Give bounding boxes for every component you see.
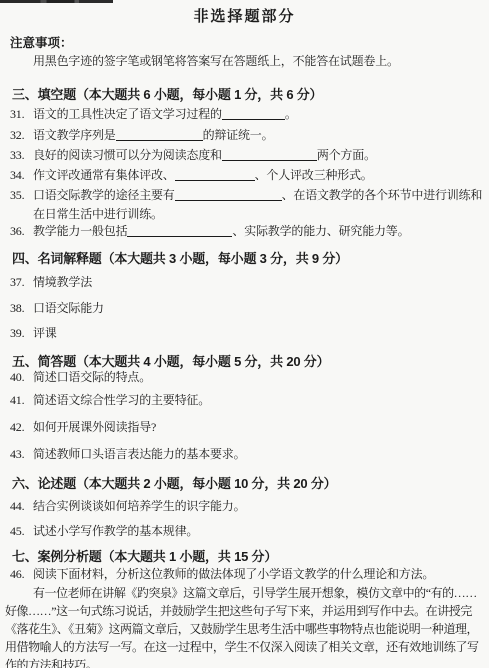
exam-paper-page: 非选择题部分 注意事项： 用黑色字迹的签字笔或钢笔将答案写在答题纸上，不能答在试… [0,0,489,668]
question-item-42: 42.如何开展课外阅读指导? [10,420,156,434]
question-item-40: 40.简述口语交际的特点。 [10,370,151,384]
question-text: 语文的工具性决定了语文学习过程的 [33,107,222,121]
question-text: 阅读下面材料，分析这位教师的做法体现了小学语文教学的什么理论和方法。 [33,567,434,581]
question-text: 作文评改通常有集体评改、 [33,168,175,182]
question-item-46: 46.阅读下面材料，分析这位教师的做法体现了小学语文教学的什么理论和方法。 [10,567,434,581]
question-text: 评课 [33,326,57,340]
question-item-34: 34.作文评改通常有集体评改、、个人评改三种形式。 [10,168,373,182]
question-number: 38. [10,301,33,315]
section-heading-short-answer: 五、简答题（本大题共 4 小题，每小题 5 分，共 20 分） [12,351,329,370]
question-item-43: 43.简述教师口头语言表达能力的基本要求。 [10,447,245,461]
section-heading-case-analysis: 七、案例分析题（本大题共 1 小题，共 15 分） [12,546,277,565]
question-number: 43. [10,447,33,461]
question-text: 、个人评改三种形式。 [255,168,373,182]
question-text: 如何开展课外阅读指导? [33,420,156,434]
case-paragraph-line: 作的方法和技巧。 [5,658,97,668]
question-text: 口语交际能力 [33,301,104,315]
question-text: 、在语文教学的各个环节中进行训练和 [282,188,483,202]
question-number: 42. [10,420,33,434]
fill-blank [127,226,232,237]
question-number: 32. [10,128,33,142]
question-item-44: 44.结合实例谈谈如何培养学生的识字能力。 [10,499,245,513]
question-text: 情境教学法 [33,275,92,289]
question-number: 46. [10,567,33,581]
fill-blank [222,109,285,120]
notice-text: 用黑色字迹的签字笔或钢笔将答案写在答题纸上，不能答在试题卷上。 [33,52,399,69]
question-number: 37. [10,275,33,289]
case-paragraph-line: 好像……”这一句式练习说话，并鼓励学生把这些句子写下来，并运用到写作中去。在讲授… [5,604,472,618]
question-text: 。 [285,107,297,121]
section-heading-fill: 三、填空题（本大题共 6 小题，每小题 1 分，共 6 分） [12,84,322,103]
question-text: 简述口语交际的特点。 [33,370,151,384]
case-paragraph-line: 用借物喻人的方法写一写。在这一过程中，学生不仅深入阅读了相关文章，还有效地训练了… [5,640,479,654]
question-text: 的辩证统一。 [203,128,274,142]
fill-blank [222,150,317,161]
question-text: 两个方面。 [317,148,376,162]
section-heading-terms: 四、名词解释题（本大题共 3 小题，每小题 3 分，共 9 分） [12,248,348,267]
question-item-32: 32.语文教学序列是的辩证统一。 [10,128,273,142]
question-item-41: 41.简述语文综合性学习的主要特征。 [10,393,210,407]
question-text: 口语交际教学的途径主要有 [33,188,175,202]
case-paragraph-line: 《落花生》、《丑菊》这两篇文章后，又鼓励学生思考生活中哪些事物特点也能说明一种道… [5,622,478,636]
question-item-38: 38.口语交际能力 [10,301,104,315]
question-number: 44. [10,499,33,513]
fill-blank [175,170,255,181]
question-text: 结合实例谈谈如何培养学生的识字能力。 [33,499,245,513]
fill-blank [175,190,282,201]
question-number: 36. [10,224,33,238]
scan-artifact-smudge [0,0,113,3]
question-text: 、实际教学的能力、研究能力等。 [232,224,409,238]
question-number: 41. [10,393,33,407]
question-item-45: 45.试述小学写作教学的基本规律。 [10,524,198,538]
question-text: 简述教师口头语言表达能力的基本要求。 [33,447,245,461]
question-text: 试述小学写作教学的基本规律。 [33,524,198,538]
question-item-31: 31.语文的工具性决定了语文学习过程的。 [10,107,297,121]
question-number: 31. [10,107,33,121]
question-item-35-continuation: 在日常生活中进行训练。 [33,207,163,221]
question-number: 39. [10,326,33,340]
question-item-35: 35.口语交际教学的途径主要有、在语文教学的各个环节中进行训练和 [10,188,482,202]
question-text: 简述语文综合性学习的主要特征。 [33,393,210,407]
question-item-39: 39.评课 [10,326,57,340]
question-text: 教学能力一般包括 [33,224,127,238]
question-number: 35. [10,188,33,202]
question-item-36: 36.教学能力一般包括、实际教学的能力、研究能力等。 [10,224,409,238]
question-text: 良好的阅读习惯可以分为阅读态度和 [33,148,222,162]
question-item-37: 37.情境教学法 [10,275,92,289]
question-text: 语文教学序列是 [33,128,116,142]
section-heading-essay: 六、论述题（本大题共 2 小题，每小题 10 分，共 20 分） [12,473,336,492]
question-number: 34. [10,168,33,182]
fill-blank [116,130,203,141]
question-number: 33. [10,148,33,162]
notice-label: 注意事项： [10,33,73,51]
case-paragraph-line: 有一位老师在讲解《趵突泉》这篇文章后，引导学生展开想象，模仿文章中的“有的…… [33,586,477,600]
page-title: 非选择题部分 [0,5,489,26]
question-number: 45. [10,524,33,538]
question-number: 40. [10,370,33,384]
question-item-33: 33.良好的阅读习惯可以分为阅读态度和两个方面。 [10,148,376,162]
